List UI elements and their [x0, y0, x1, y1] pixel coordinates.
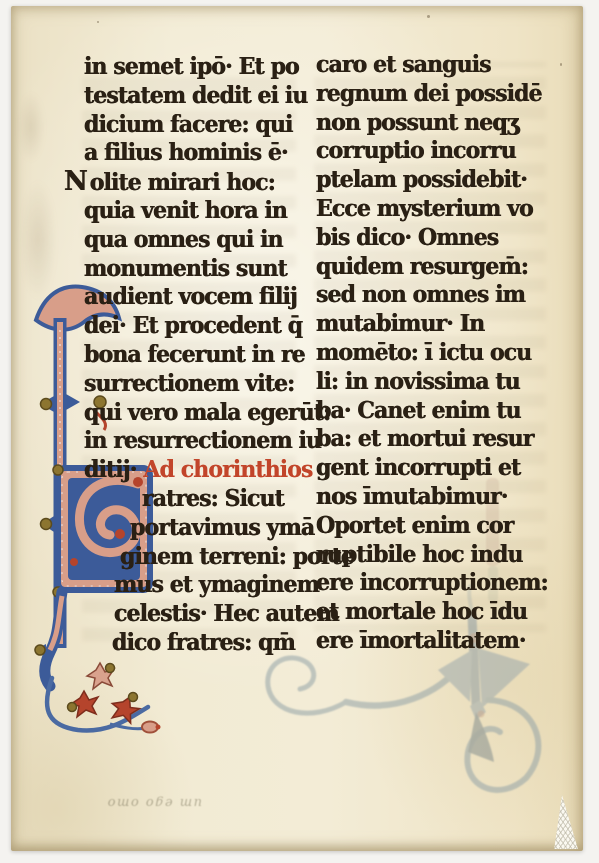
text-line: non possunt neqʒ [316, 108, 552, 138]
text-line: mutabimur· In [316, 309, 552, 339]
text-line: nos īmutabimur· [316, 482, 552, 512]
text-line: ginem terreni: porte [84, 542, 320, 572]
text-line: momēto: ī ictu ocu [316, 338, 552, 368]
pencil-inscription: um ego omo [106, 795, 202, 810]
text-line: ba: et mortui resur [316, 424, 552, 454]
text-line: et mortale hoc īdu [316, 597, 552, 627]
text-line: monumentis sunt [84, 254, 320, 284]
text-line: portavimus ymā [84, 513, 320, 543]
text-line: ptelam possidebit· [316, 165, 552, 195]
text-line: corruptio incorru [316, 136, 552, 166]
photo-background: in semet ipō· Et potestatem dedit ei iud… [0, 0, 599, 863]
text-line: caro et sanguis [316, 50, 552, 80]
text-line: celestis· Hec autem [84, 599, 320, 629]
versal-initial: N [64, 166, 90, 197]
text-line: dicium facere: qui [84, 110, 320, 140]
parchment-speck [97, 21, 99, 23]
parchment-speck [427, 15, 430, 18]
text-line: bis dico· Omnes [316, 223, 552, 253]
text-line: a filius hominis ē· [84, 138, 320, 168]
left-text-column: in semet ipō· Et potestatem dedit ei iud… [84, 52, 320, 657]
ink-showthrough [18, 92, 44, 162]
text-line: ba· Canet enim tu [316, 396, 552, 426]
text-line: audient vocem filij [84, 282, 320, 312]
text-line: Oportet enim cor [316, 511, 552, 541]
text-line: mus et ymaginem [84, 570, 320, 600]
text-line: ere incorruptionem: [316, 568, 552, 598]
text-line: ditij· Ad chorinthios [84, 455, 320, 485]
text-line: in resurrectionem iu [84, 426, 320, 456]
text-line: ratres: Sicut [84, 484, 320, 514]
text-line: dei· Et procedent q̄ [84, 311, 320, 341]
text-line: ruptibile hoc indu [316, 540, 552, 570]
parchment-speck [560, 63, 562, 66]
text-line: in semet ipō· Et po [84, 52, 320, 82]
text-line: ere īmortalitatem· [316, 626, 552, 656]
text-line: quia venit hora in [84, 196, 320, 226]
text-line: bona fecerunt in re [84, 340, 320, 370]
ink-showthrough [20, 180, 56, 300]
text-line: dico fratres: qm̄ [84, 628, 320, 658]
text-line: sed non omnes im [316, 280, 552, 310]
text-line: testatem dedit ei iu [84, 81, 320, 111]
text-line: Ecce mysterium vo [316, 194, 552, 224]
text-line: regnum dei possidē [316, 79, 552, 109]
text-line: qui vero mala egerūt: [84, 398, 320, 428]
text-line: quidem resurgem̄: [316, 252, 552, 282]
rubric-text: Ad chorinthios [136, 456, 312, 483]
text-line: surrectionem vite: [84, 369, 320, 399]
text-line: Nolite mirari hoc: [84, 167, 320, 197]
text-line: qua omnes qui in [84, 225, 320, 255]
right-text-column: caro et sanguisregnum dei possidēnon pos… [316, 50, 552, 655]
text-line: gent incorrupti et [316, 453, 552, 483]
text-line: li: in novissima tu [316, 367, 552, 397]
